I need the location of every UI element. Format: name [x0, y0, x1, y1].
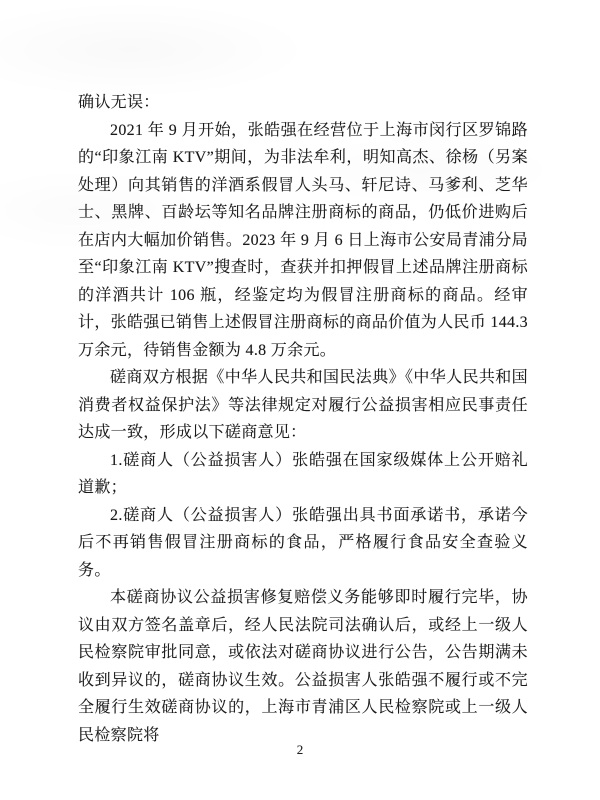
- document-page: 确认无误：2021 年 9 月开始，张皓强在经营位于上海市闵行区罗锦路的“印象江…: [0, 0, 600, 800]
- page-number-value: 2: [297, 742, 304, 757]
- paragraph: 1.磋商人（公益损害人）张皓强在国家级媒体上公开赔礼道歉；: [78, 447, 528, 502]
- paragraph: 本磋商协议公益损害修复赔偿义务能够即时履行完毕，协议由双方签名盖章后，经人民法院…: [78, 584, 528, 749]
- paragraph: 确认无误：: [78, 89, 528, 117]
- paragraph: 磋商双方根据《中华人民共和国民法典》《中华人民共和国消费者权益保护法》等法律规定…: [78, 364, 528, 447]
- document-body: 确认无误：2021 年 9 月开始，张皓强在经营位于上海市闵行区罗锦路的“印象江…: [78, 89, 528, 749]
- page-number: 2: [0, 742, 600, 758]
- paragraph: 2021 年 9 月开始，张皓强在经营位于上海市闵行区罗锦路的“印象江南 KTV…: [78, 117, 528, 365]
- paragraph: 2.磋商人（公益损害人）张皓强出具书面承诺书，承诺今后不再销售假冒注册商标的食品…: [78, 502, 528, 585]
